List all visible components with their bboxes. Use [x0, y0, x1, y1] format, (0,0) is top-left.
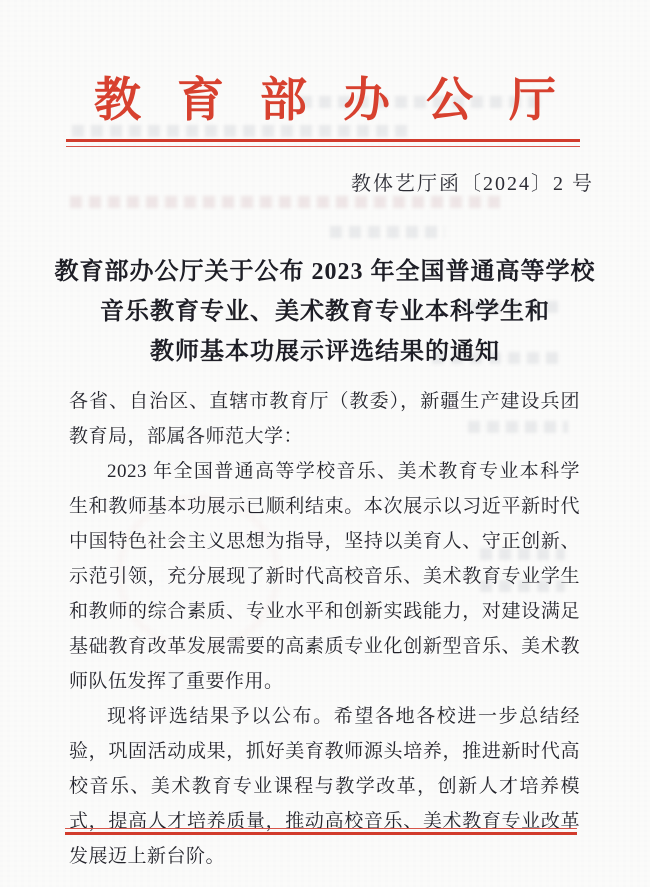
doc-number: 教体艺厅函〔2024〕2 号	[351, 167, 594, 196]
notice-title-line-2: 音乐教育专业、美术教育专业本科学生和	[35, 292, 615, 332]
letterhead-rule-thick	[66, 139, 580, 142]
notice-body: 各省、自治区、直辖市教育厅（教委），新疆生产建设兵团教育局，部属各师范大学： 2…	[69, 384, 580, 874]
salutation: 各省、自治区、直辖市教育厅（教委），新疆生产建设兵团教育局，部属各师范大学：	[69, 384, 580, 454]
notice-title-line-1: 教育部办公厅关于公布 2023 年全国普通高等学校	[35, 252, 615, 292]
bleedthrough-artifact	[330, 226, 445, 238]
letterhead-issuer: 教育部办公厅	[0, 74, 650, 128]
notice-title: 教育部办公厅关于公布 2023 年全国普通高等学校 音乐教育专业、美术教育专业本…	[35, 252, 615, 372]
letterhead-rule-thin	[66, 146, 580, 147]
footer-rule-thin	[65, 828, 577, 830]
body-paragraph: 2023 年全国普通高等学校音乐、美术教育专业本科学生和教师基本功展示已顺利结束…	[69, 454, 580, 699]
footer-rule-thick	[65, 832, 577, 836]
bleedthrough-artifact	[70, 196, 500, 208]
notice-title-line-3: 教师基本功展示评选结果的通知	[35, 332, 615, 372]
document-page: 教育部办公厅 教体艺厅函〔2024〕2 号 教育部办公厅关于公布 2023 年全…	[0, 0, 650, 887]
body-paragraph: 现将评选结果予以公布。希望各地各校进一步总结经验，巩固活动成果，抓好美育教师源头…	[69, 699, 580, 874]
